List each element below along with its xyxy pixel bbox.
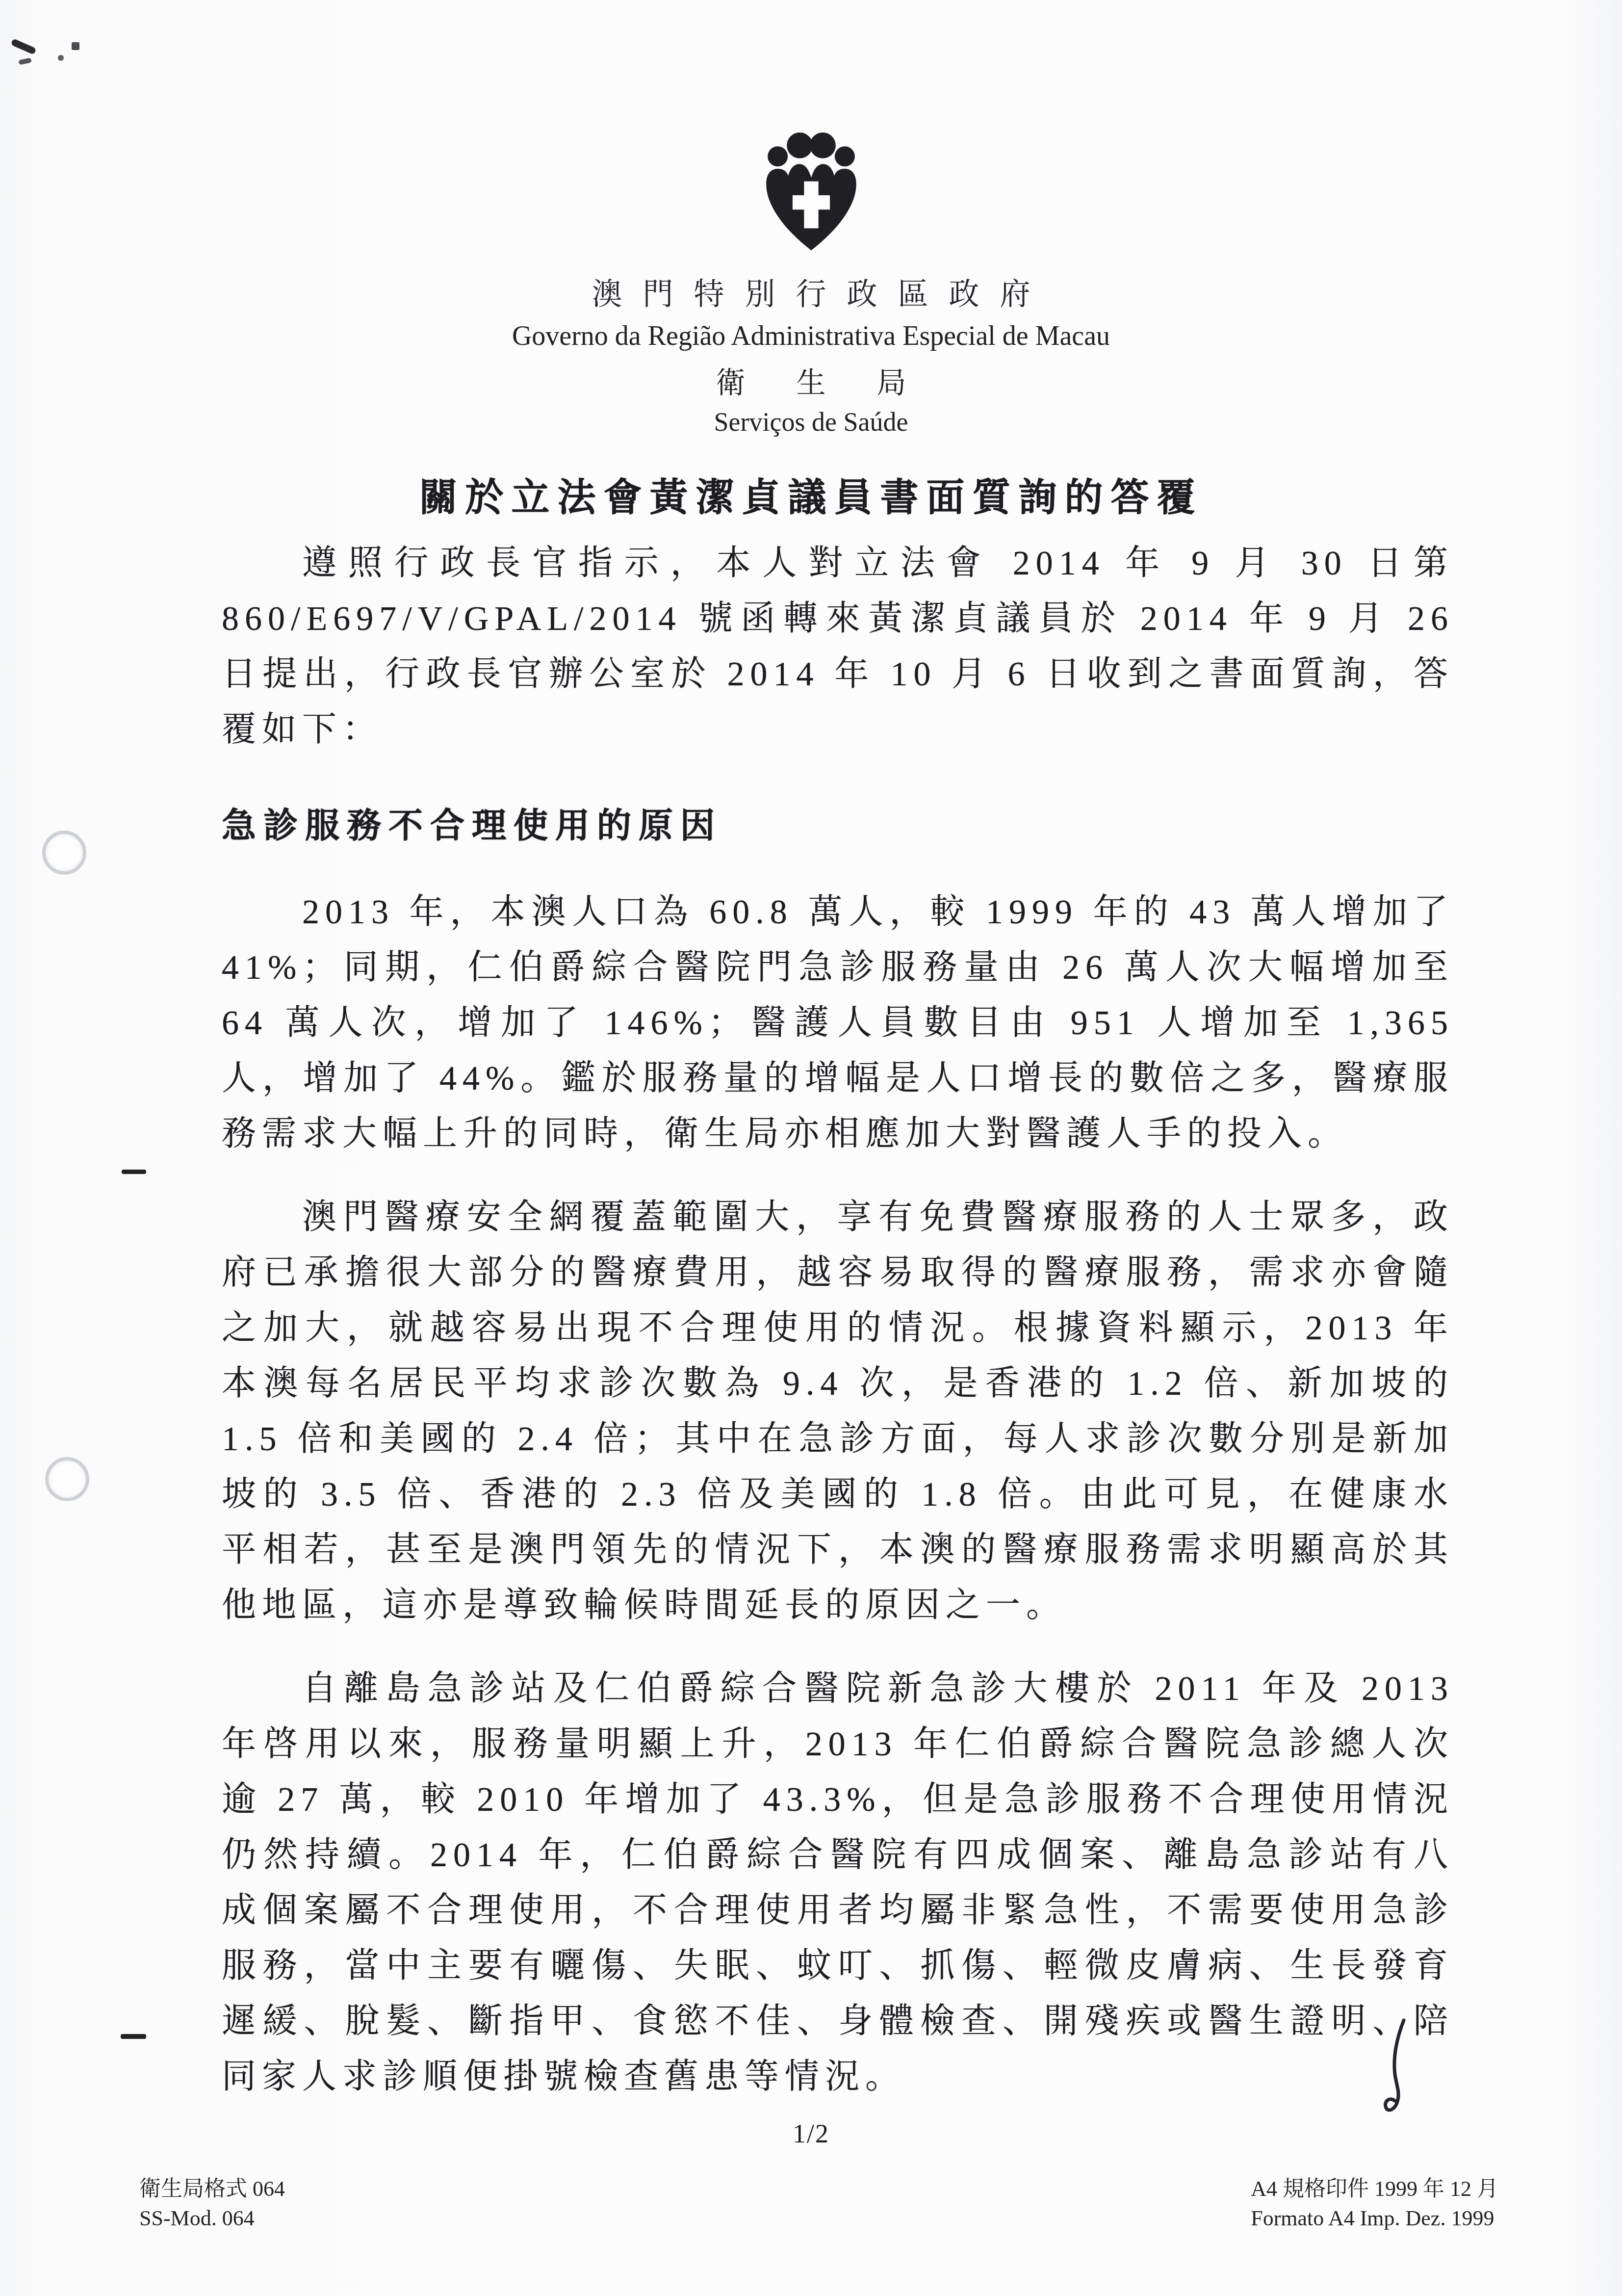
scan-artifact bbox=[72, 42, 79, 50]
hole-punch-bottom bbox=[45, 1457, 89, 1501]
footer-form-code: 衛生局格式 064 SS-Mod. 064 bbox=[139, 2174, 285, 2233]
scan-artifact bbox=[18, 57, 32, 65]
document-page: 澳門特別行政區政府 Governo da Região Administrati… bbox=[0, 0, 1622, 2296]
body-paragraph-2: 澳門醫療安全網覆蓋範圍大，享有免費醫療服務的人士眾多，政府已承擔很大部分的醫療費… bbox=[222, 1190, 1454, 1633]
government-name-pt: Governo da Região Administrativa Especia… bbox=[0, 320, 1622, 352]
intro-paragraph: 遵照行政長官指示，本人對立法會 2014 年 9 月 30 日第 860/E69… bbox=[222, 536, 1454, 757]
section-heading: 急診服務不合理使用的原因 bbox=[222, 799, 1454, 854]
health-bureau-logo-icon bbox=[758, 131, 864, 256]
bureau-name-zh: 衛生局 bbox=[51, 360, 1622, 402]
letterhead: 澳門特別行政區政府 Governo da Região Administrati… bbox=[0, 131, 1622, 437]
footer-format: A4 規格印件 1999 年 12 月 Formato A4 Imp. Dez.… bbox=[1251, 2174, 1498, 2233]
document-body: 遵照行政長官指示，本人對立法會 2014 年 9 月 30 日第 860/E69… bbox=[222, 536, 1454, 2133]
margin-dash bbox=[121, 2034, 146, 2039]
government-name-zh: 澳門特別行政區政府 bbox=[21, 270, 1622, 313]
document-title: 關於立法會黃潔貞議員書面質詢的答覆 bbox=[0, 467, 1622, 522]
page-number: 1/2 bbox=[0, 2118, 1622, 2149]
body-paragraph-1: 2013 年，本澳人口為 60.8 萬人，較 1999 年的 43 萬人增加了 … bbox=[222, 885, 1454, 1162]
scan-artifact bbox=[10, 38, 36, 55]
scan-artifact bbox=[58, 55, 64, 61]
footer-format-zh: A4 規格印件 1999 年 12 月 bbox=[1251, 2174, 1498, 2204]
margin-dash bbox=[122, 1170, 146, 1174]
body-paragraph-3: 自離島急診站及仁伯爵綜合醫院新急診大樓於 2011 年及 2013 年啓用以來，… bbox=[222, 1661, 1454, 2105]
footer-form-code-zh: 衛生局格式 064 bbox=[139, 2174, 285, 2204]
hole-punch-top bbox=[42, 831, 86, 875]
bureau-name-pt: Serviços de Saúde bbox=[0, 407, 1622, 437]
footer-form-code-latin: SS-Mod. 064 bbox=[139, 2204, 285, 2233]
footer-format-pt: Formato A4 Imp. Dez. 1999 bbox=[1251, 2204, 1498, 2233]
handwritten-signature bbox=[1372, 2015, 1421, 2128]
